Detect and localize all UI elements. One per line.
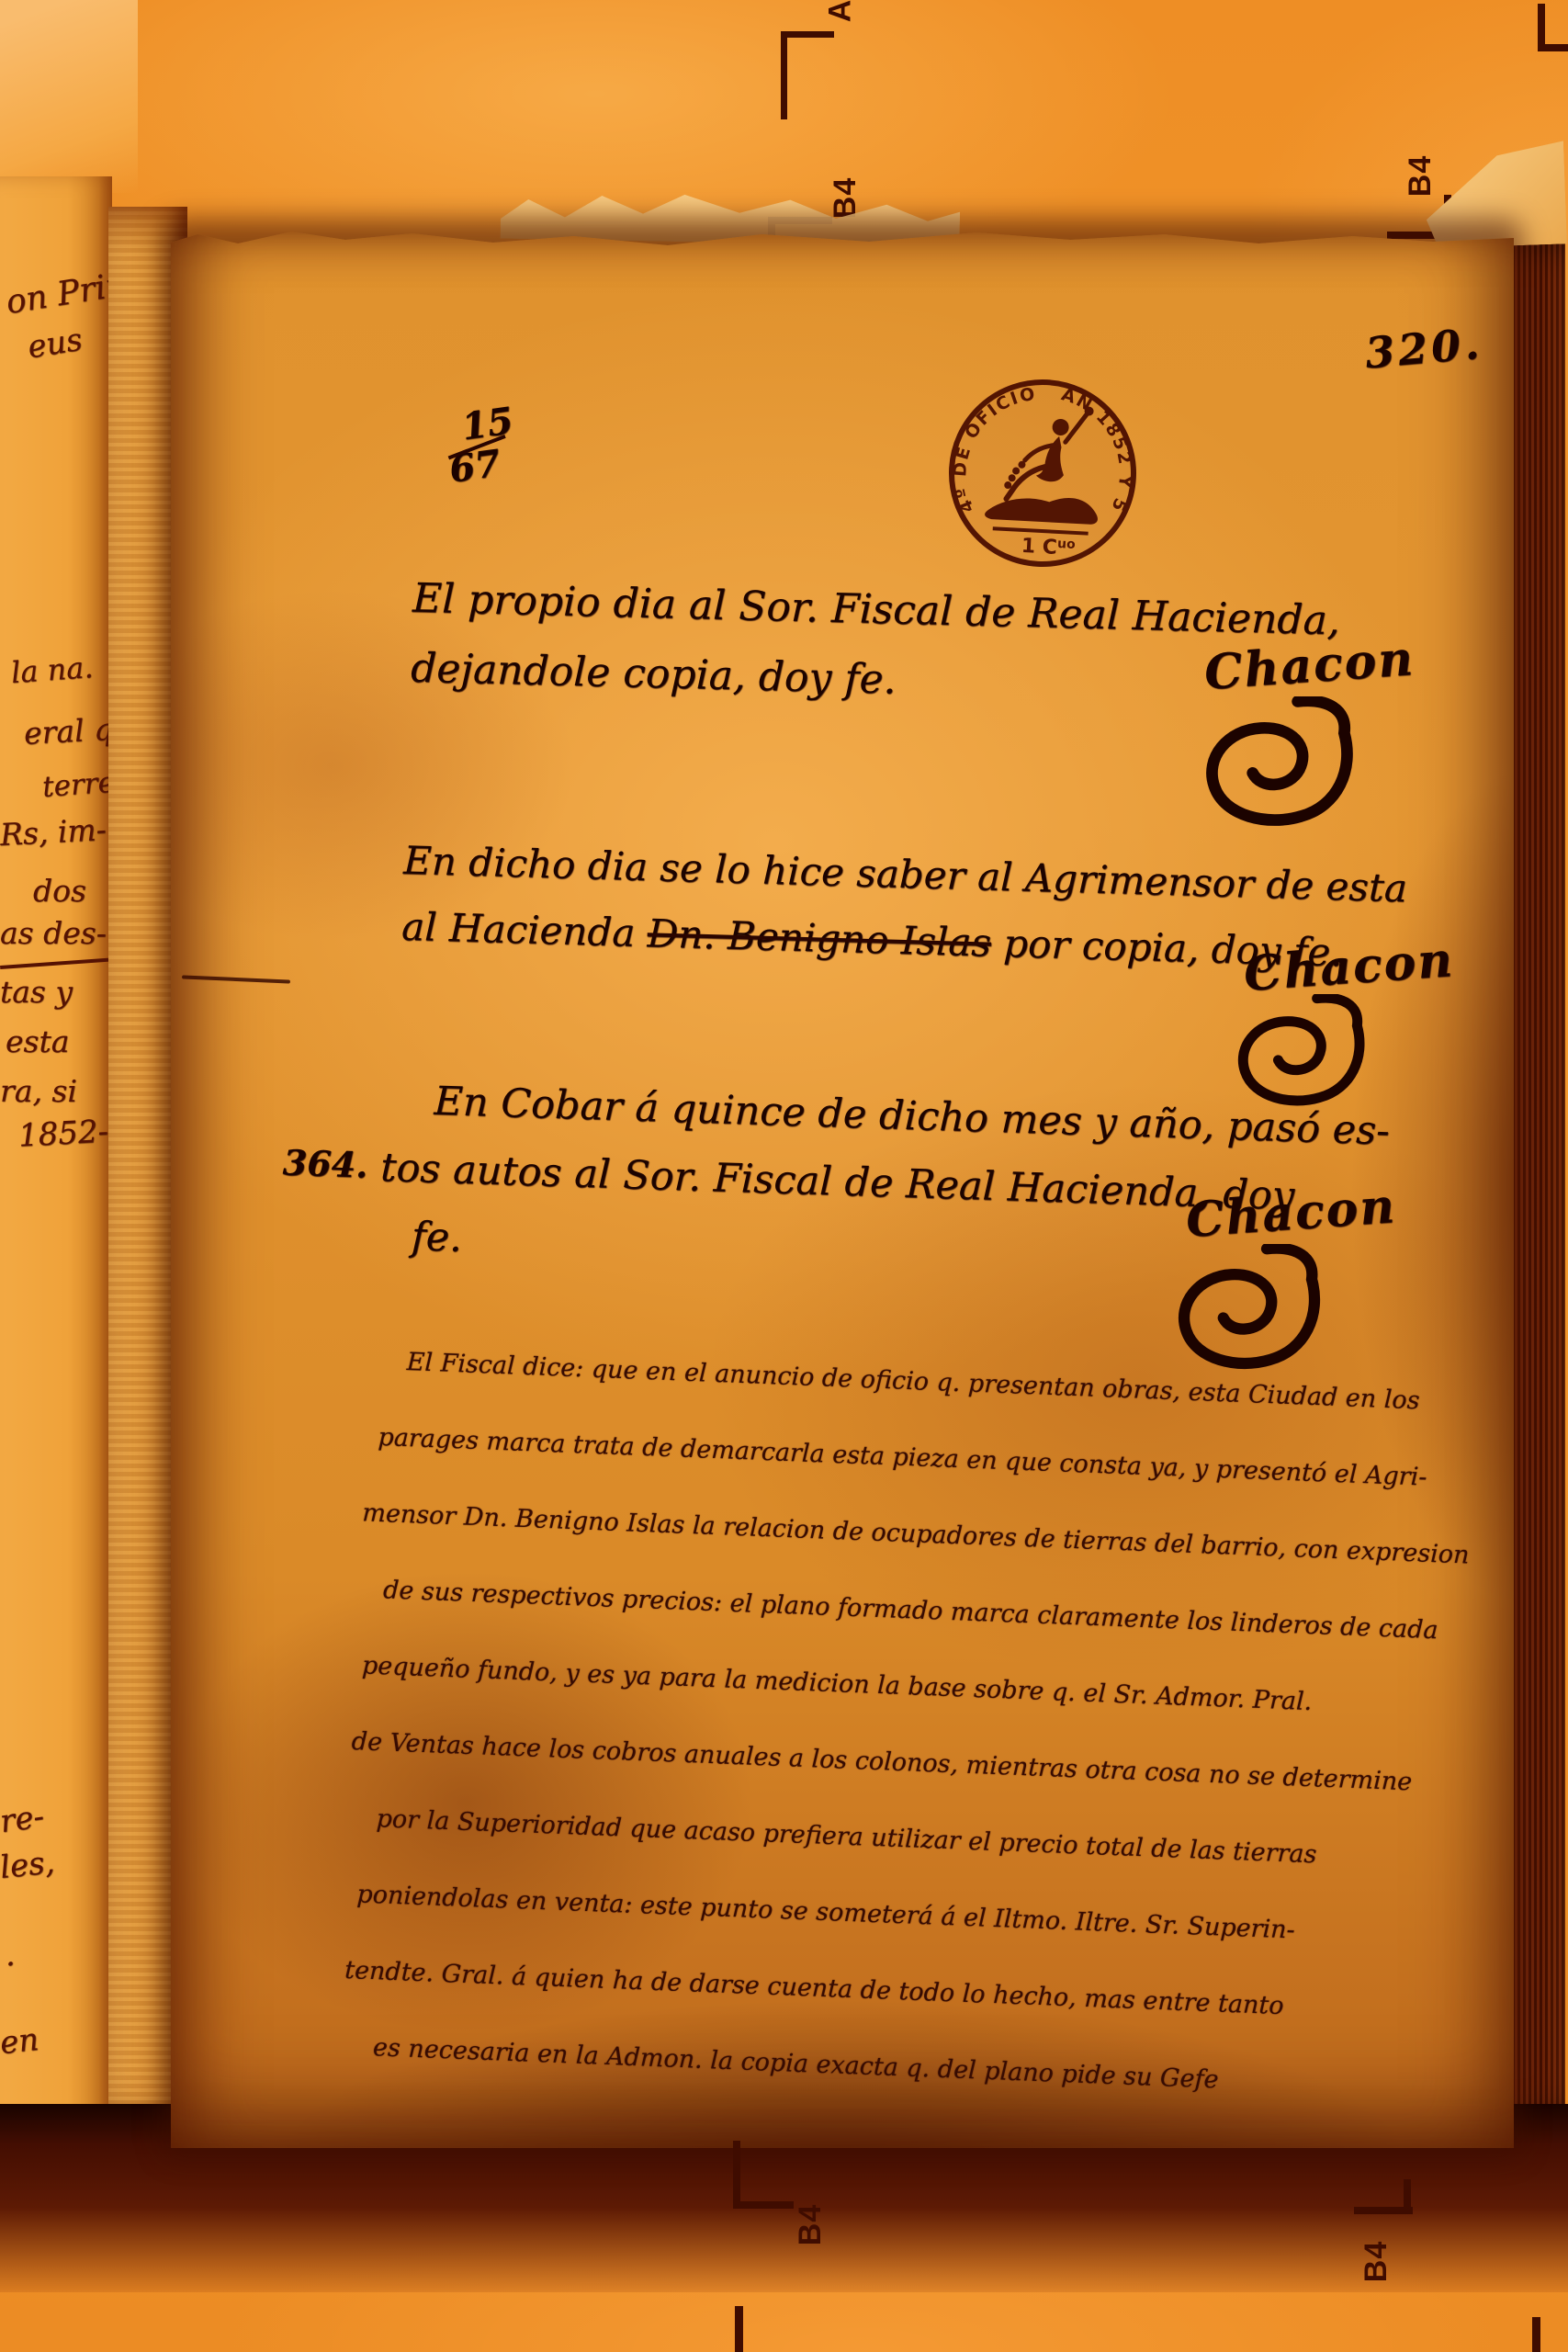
frame-tick-bottom-center: [735, 2306, 743, 2352]
prev-page-text: .: [6, 1937, 16, 1973]
decree-paragraph: El Fiscal dice: que en el anuncio de ofi…: [339, 1322, 1562, 2130]
expediente-number: 15 67: [442, 403, 521, 488]
frame-label-bottom-left: B4: [793, 2204, 829, 2245]
signature-rubric-1: [1196, 696, 1366, 830]
prev-page-text: la na.: [10, 650, 95, 690]
frame-corner-bottom-left-h: [733, 2201, 794, 2209]
prev-page-text: eus: [25, 322, 85, 367]
frame-corner-bottom-left-v: [733, 2141, 740, 2209]
prev-page-text: dos: [33, 873, 86, 909]
frame-corner-bottom-right-h: [1354, 2207, 1413, 2214]
prev-page-text: esta: [6, 1023, 69, 1059]
revenue-stamp-seal: 4º DE OFICIO AÑ 1852 Y 53 1 Cuo: [940, 370, 1146, 577]
expediente-numerator: 15: [459, 403, 514, 445]
previous-page-edge: on Prin- eus la na. eral q. terrenos, Rs…: [0, 176, 112, 2130]
signature-rubric-2: [1229, 994, 1376, 1109]
entry-3-margin-number: 364.: [282, 1141, 368, 1185]
folio-number: 320.: [1363, 319, 1484, 379]
prev-page-text: re-: [0, 1798, 46, 1840]
frame-corner-far-right-h: [1538, 44, 1568, 51]
prev-page-text: 1852-: [17, 1113, 109, 1154]
prev-page-text: Rs, im-: [0, 811, 107, 853]
prev-page-text: ra, si: [0, 1073, 77, 1109]
frame-label-bottom-right: B4: [1359, 2241, 1394, 2282]
archival-photo: A B4 B4 on Prin- eus la na. eral q. terr…: [0, 0, 1568, 2352]
expediente-denominator: 67: [447, 444, 521, 488]
entry-2-line-2-pre: al Hacienda: [401, 904, 649, 955]
frame-label-top-right: B4: [1403, 155, 1438, 197]
frame-corner-top-center: [781, 35, 787, 119]
prev-page-text: tas y: [0, 974, 73, 1010]
entry-2-struck-text: Dn. Benigno Islas: [647, 910, 992, 965]
prev-page-text: les,: [0, 1844, 56, 1886]
copyboard-highlight: [0, 0, 138, 193]
prev-page-text: en: [0, 2021, 40, 2062]
prev-page-text: as des-: [0, 915, 107, 951]
frame-corner-top-center-h: [781, 31, 834, 38]
frame-tick-bottom-far-right: [1532, 2317, 1540, 2352]
frame-label-top-center: A: [822, 0, 858, 22]
manuscript-page: 320. 15 67 4º DE OFICIO AÑ 1852 Y 53: [171, 228, 1514, 2148]
